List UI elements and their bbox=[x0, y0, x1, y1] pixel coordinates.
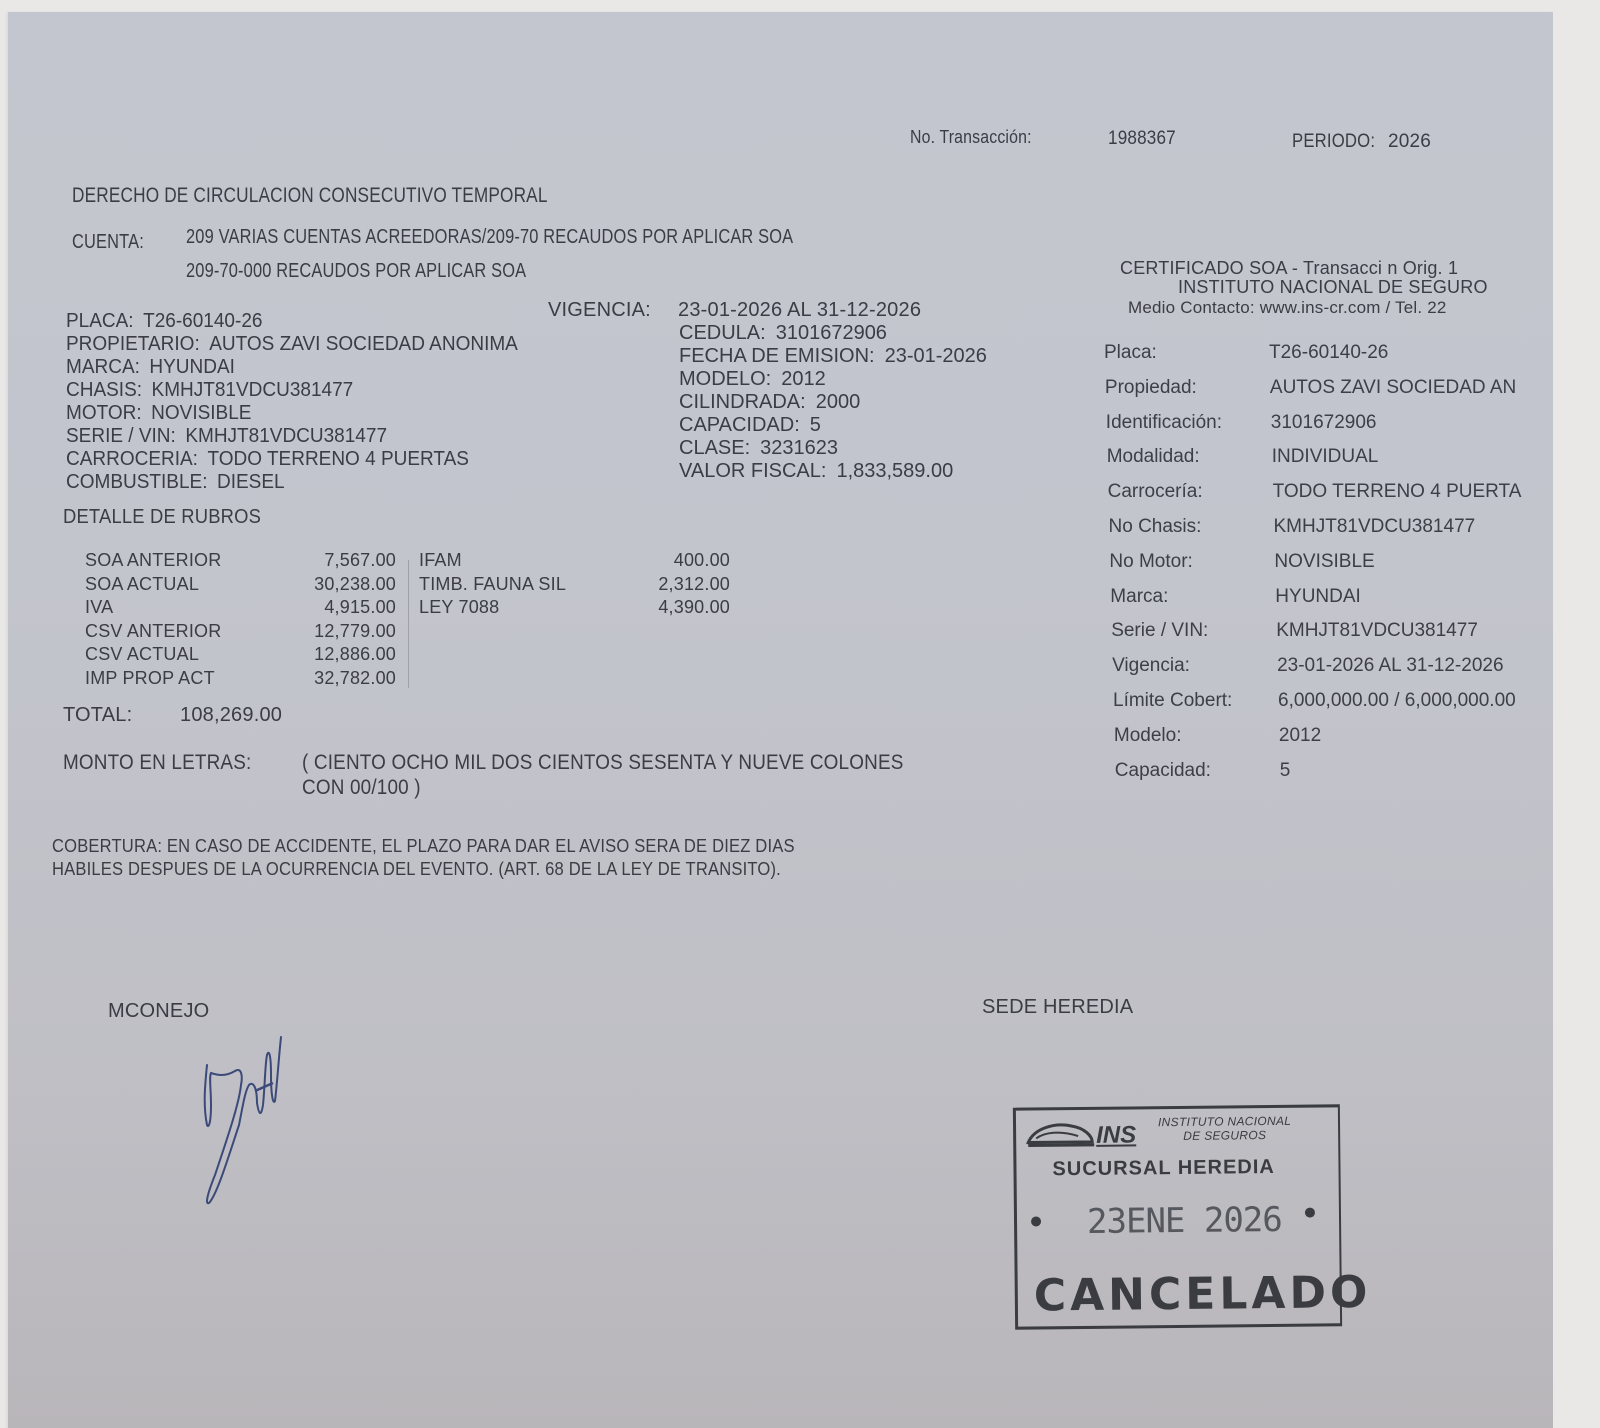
period-label: PERIODO: bbox=[1292, 131, 1375, 153]
certificate-value: 3101672906 bbox=[1271, 412, 1377, 434]
certificate-value: KMHJT81VDCU381477 bbox=[1274, 516, 1476, 538]
amount-words-line-2: CON 00/100 ) bbox=[302, 776, 421, 800]
certificate-contact: Medio Contacto: www.ins-cr.com / Tel. 22 bbox=[1128, 298, 1447, 318]
rubro-amount: 4,915.00 bbox=[290, 597, 396, 618]
field-value: DIESEL bbox=[217, 471, 285, 493]
field-value: KMHJT81VDCU381477 bbox=[152, 379, 354, 401]
stamp-dot-right bbox=[1305, 1208, 1315, 1218]
rubros-title: DETALLE DE RUBROS bbox=[63, 506, 261, 529]
document-title: DERECHO DE CIRCULACION CONSECUTIVO TEMPO… bbox=[72, 184, 548, 208]
field-value: TODO TERRENO 4 PUERTAS bbox=[207, 448, 468, 470]
certificate-label: Carrocería: bbox=[1108, 481, 1203, 503]
certificate-value: 5 bbox=[1280, 760, 1291, 782]
field-label: FECHA DE EMISION: bbox=[679, 345, 875, 367]
vehicle-left-row: SERIE / VIN:KMHJT81VDCU381477 bbox=[66, 425, 518, 448]
field-label: CEDULA: bbox=[679, 322, 766, 344]
field-label: MOTOR: bbox=[66, 402, 142, 424]
rubro-label: CSV ACTUAL bbox=[85, 644, 199, 665]
stamp-brand: INS bbox=[1096, 1121, 1136, 1149]
cancelado-stamp: INS INSTITUTO NACIONAL DE SEGUROS SUCURS… bbox=[1013, 1104, 1342, 1329]
rubro-label: IFAM bbox=[419, 550, 462, 571]
field-value: KMHJT81VDCU381477 bbox=[185, 425, 387, 447]
ins-logo-icon bbox=[1026, 1120, 1096, 1151]
stamp-dot-left bbox=[1031, 1216, 1041, 1226]
certificate-label: Modalidad: bbox=[1107, 446, 1200, 468]
field-value: 5 bbox=[810, 414, 821, 436]
vehicle-right-row: CLASE:3231623 bbox=[679, 437, 987, 460]
certificate-value: AUTOS ZAVI SOCIEDAD AN bbox=[1270, 377, 1516, 399]
rubro-label: IMP PROP ACT bbox=[85, 668, 215, 689]
field-value: NOVISIBLE bbox=[151, 402, 251, 424]
vehicle-left-row: MOTOR:NOVISIBLE bbox=[66, 402, 518, 425]
account-label: CUENTA: bbox=[72, 231, 144, 254]
certificate-label: Placa: bbox=[1104, 342, 1157, 364]
coverage-line-2: HABILES DESPUES DE LA OCURRENCIA DEL EVE… bbox=[52, 859, 781, 880]
rubro-label: SOA ACTUAL bbox=[85, 574, 199, 595]
field-value: 1,833,589.00 bbox=[836, 460, 953, 482]
certificate-value: 23-01-2026 AL 31-12-2026 bbox=[1277, 655, 1503, 677]
cashier-name: MCONEJO bbox=[108, 1000, 209, 1023]
vehicle-left-row: PLACA:T26-60140-26 bbox=[66, 310, 518, 333]
certificate-value: TODO TERRENO 4 PUERTA bbox=[1273, 481, 1522, 503]
certificate-label: Identificación: bbox=[1106, 412, 1222, 434]
field-label: CARROCERIA: bbox=[66, 448, 198, 470]
certificate-title: CERTIFICADO SOA - Transacci n Orig. 1 bbox=[1120, 258, 1458, 279]
rubro-label: CSV ANTERIOR bbox=[85, 621, 221, 642]
coverage-line-1: COBERTURA: EN CASO DE ACCIDENTE, EL PLAZ… bbox=[52, 836, 795, 857]
account-line-1: 209 VARIAS CUENTAS ACREEDORAS/209-70 REC… bbox=[186, 226, 793, 249]
certificate-value: HYUNDAI bbox=[1275, 586, 1361, 608]
vehicle-right-row: VALOR FISCAL:1,833,589.00 bbox=[679, 460, 987, 483]
certificate-label: Límite Cobert: bbox=[1113, 690, 1232, 712]
period-value: 2026 bbox=[1388, 131, 1431, 153]
certificate-label: Marca: bbox=[1110, 586, 1168, 608]
field-label: VALOR FISCAL: bbox=[679, 460, 826, 482]
field-value: T26-60140-26 bbox=[143, 310, 262, 332]
field-value: AUTOS ZAVI SOCIEDAD ANONIMA bbox=[209, 333, 518, 355]
transaction-number: 1988367 bbox=[1108, 128, 1176, 150]
certificate-value: KMHJT81VDCU381477 bbox=[1276, 620, 1478, 642]
certificate-institute: INSTITUTO NACIONAL DE SEGURO bbox=[1178, 277, 1488, 298]
vehicle-left-row: PROPIETARIO:AUTOS ZAVI SOCIEDAD ANONIMA bbox=[66, 333, 518, 356]
stamp-status: CANCELADO bbox=[1034, 1267, 1372, 1322]
field-value: 2000 bbox=[816, 391, 861, 413]
field-value: HYUNDAI bbox=[149, 356, 235, 378]
rubro-label: SOA ANTERIOR bbox=[85, 550, 221, 571]
field-label: MARCA: bbox=[66, 356, 140, 378]
vigencia-value: 23-01-2026 AL 31-12-2026 bbox=[678, 299, 921, 322]
rubro-amount: 30,238.00 bbox=[290, 574, 396, 595]
amount-words-line-1: ( CIENTO OCHO MIL DOS CIENTOS SESENTA Y … bbox=[302, 751, 904, 775]
office-name: SEDE HEREDIA bbox=[982, 996, 1133, 1019]
rubro-label: IVA bbox=[85, 597, 113, 618]
field-label: COMBUSTIBLE: bbox=[66, 471, 207, 493]
rubro-amount: 400.00 bbox=[620, 550, 730, 571]
total-value: 108,269.00 bbox=[180, 704, 282, 727]
field-label: PROPIETARIO: bbox=[66, 333, 200, 355]
rubro-amount: 12,779.00 bbox=[290, 621, 396, 642]
rubro-amount: 2,312.00 bbox=[620, 574, 730, 595]
vehicle-left-row: CHASIS:KMHJT81VDCU381477 bbox=[66, 379, 518, 402]
vehicle-right-row: CEDULA:3101672906 bbox=[679, 322, 987, 345]
vehicle-left-row: COMBUSTIBLE:DIESEL bbox=[66, 471, 518, 494]
field-value: 23-01-2026 bbox=[885, 345, 987, 367]
certificate-label: Capacidad: bbox=[1115, 760, 1211, 782]
total-label: TOTAL: bbox=[63, 704, 132, 727]
field-label: MODELO: bbox=[679, 368, 771, 390]
field-label: CHASIS: bbox=[66, 379, 142, 401]
certificate-value: NOVISIBLE bbox=[1274, 551, 1374, 573]
vehicle-details-right: CEDULA:3101672906FECHA DE EMISION:23-01-… bbox=[679, 322, 987, 483]
certificate-label: Serie / VIN: bbox=[1111, 620, 1208, 642]
certificate-label: Modelo: bbox=[1114, 725, 1182, 747]
certificate-label: Propiedad: bbox=[1105, 377, 1197, 399]
certificate-label: No Motor: bbox=[1109, 551, 1192, 573]
field-value: 3101672906 bbox=[776, 322, 887, 344]
field-value: 3231623 bbox=[760, 437, 838, 459]
rubro-label: TIMB. FAUNA SIL bbox=[419, 574, 566, 595]
certificate-value: 2012 bbox=[1279, 725, 1321, 747]
stamp-institute: INSTITUTO NACIONAL DE SEGUROS bbox=[1158, 1114, 1291, 1143]
rubro-label: LEY 7088 bbox=[419, 597, 499, 618]
stamp-date: 23ENE 2026 bbox=[1087, 1200, 1282, 1242]
vehicle-details-left: PLACA:T26-60140-26PROPIETARIO:AUTOS ZAVI… bbox=[66, 310, 518, 494]
field-label: PLACA: bbox=[66, 310, 134, 332]
stamp-institute-line-1: INSTITUTO NACIONAL bbox=[1158, 1114, 1291, 1129]
field-label: CLASE: bbox=[679, 437, 750, 459]
account-line-2: 209-70-000 RECAUDOS POR APLICAR SOA bbox=[186, 260, 526, 283]
rubro-amount: 7,567.00 bbox=[290, 550, 396, 571]
rubro-amount: 12,886.00 bbox=[290, 644, 396, 665]
certificate-label: No Chasis: bbox=[1109, 516, 1202, 538]
rubro-amount: 32,782.00 bbox=[290, 668, 396, 689]
certificate-value: 6,000,000.00 / 6,000,000.00 bbox=[1278, 690, 1516, 712]
field-value: 2012 bbox=[781, 368, 826, 390]
vehicle-right-row: MODELO:2012 bbox=[679, 368, 987, 391]
vehicle-left-row: MARCA:HYUNDAI bbox=[66, 356, 518, 379]
certificate-value: T26-60140-26 bbox=[1269, 342, 1388, 364]
transaction-label: No. Transacción: bbox=[910, 127, 1032, 148]
field-label: CAPACIDAD: bbox=[679, 414, 800, 436]
stamp-branch: SUCURSAL HEREDIA bbox=[1052, 1156, 1275, 1181]
rubros-divider bbox=[408, 560, 409, 688]
vehicle-right-row: CAPACIDAD:5 bbox=[679, 414, 987, 437]
certificate-value: INDIVIDUAL bbox=[1272, 446, 1379, 468]
signature-icon bbox=[195, 1025, 325, 1225]
vigencia-label: VIGENCIA: bbox=[548, 299, 651, 322]
certificate-label: Vigencia: bbox=[1112, 655, 1190, 677]
rubro-amount: 4,390.00 bbox=[620, 597, 730, 618]
vehicle-right-row: FECHA DE EMISION:23-01-2026 bbox=[679, 345, 987, 368]
field-label: SERIE / VIN: bbox=[66, 425, 176, 447]
amount-words-label: MONTO EN LETRAS: bbox=[63, 751, 251, 775]
vehicle-right-row: CILINDRADA:2000 bbox=[679, 391, 987, 414]
stamp-institute-line-2: DE SEGUROS bbox=[1158, 1128, 1291, 1143]
field-label: CILINDRADA: bbox=[679, 391, 806, 413]
vehicle-left-row: CARROCERIA:TODO TERRENO 4 PUERTAS bbox=[66, 448, 518, 471]
